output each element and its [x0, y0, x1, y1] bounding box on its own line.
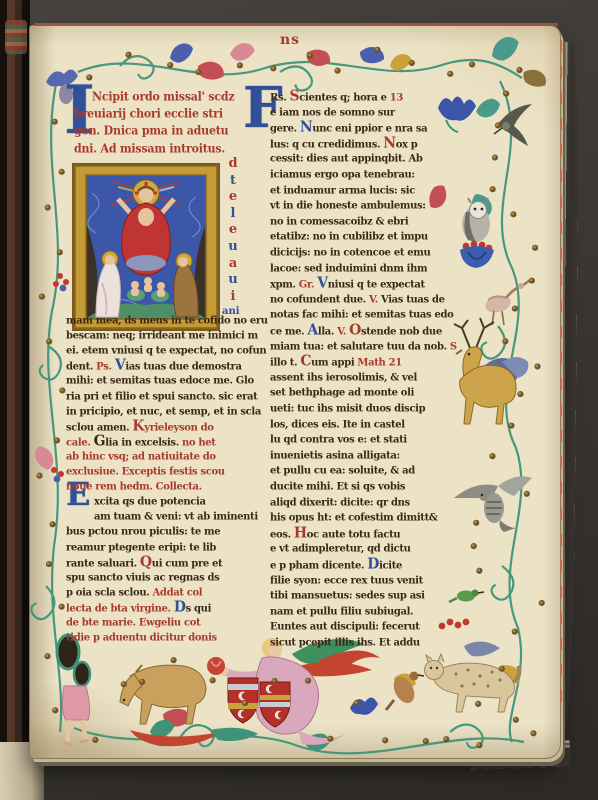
vertical-letter: u	[224, 272, 242, 289]
text-line: tidie p aduentu dicitur donis	[66, 631, 217, 645]
vertical-letter: a	[224, 256, 242, 273]
text-line: dni. Ad missam introitus.	[74, 142, 225, 156]
lynx-icon	[425, 654, 520, 712]
text-line: mihi: et semitas tuas edoce me. Glo	[66, 374, 254, 388]
text-line: lecta de bta virgine. Ds qui	[66, 601, 211, 616]
pod-figure-legs	[57, 635, 90, 745]
text-line: nam et pullu filiu subiugal.	[270, 605, 413, 619]
miniature-initial-a-last-judgment	[72, 163, 220, 331]
vertical-letter: e	[224, 222, 242, 239]
text-line: exclusiue. Exceptis festis scou	[66, 465, 225, 479]
text-line: no in comessacoibz & ebri	[270, 215, 408, 229]
text-line: ab hinc vsq; ad natiuitate do	[66, 450, 216, 464]
vertical-letter: i	[224, 289, 242, 306]
text-line: bus pctou nrou piculis: te me	[66, 525, 220, 539]
text-line: reamur ptegente eripi: te lib	[66, 541, 216, 555]
text-line: lacoe: sed induimini dnm ihm	[270, 262, 427, 276]
text-line: e p pham dicente. Dicite	[270, 558, 402, 573]
text-line: mam mea, ds meus in te cofido no eru	[66, 314, 268, 328]
text-line: miam tua: et salutare tuu da nob. S	[270, 340, 457, 354]
text-line: p oia scla sclou. Addat col	[66, 586, 202, 600]
text-line: eos. Hoc aute totu factu	[270, 527, 400, 542]
folio-mark: ns	[280, 32, 300, 48]
text-line: notas fac mihi: et semitas tuas edo	[270, 308, 453, 322]
text-line: assent ihs ierosolimis, & vel	[270, 371, 417, 385]
text-line: dicicijs: no in cotencoe et emu	[270, 246, 430, 260]
vertical-letter: u	[224, 239, 242, 256]
text-line: lu qd contra vos e: et stati	[270, 433, 407, 447]
book-spine	[0, 0, 30, 800]
text-line: spu sancto viuis ac regnas ds	[66, 571, 219, 585]
text-line: ueti: tuc ihs misit duos discip	[270, 402, 425, 416]
text-line: inuenietis asina alligata:	[270, 449, 400, 463]
text-line: gon. Dnica pma in aduetu	[74, 124, 228, 138]
text-line: lus: q cu credidimus. Nox p	[270, 137, 417, 152]
text-line: Ncipit ordo missal' scdz	[92, 90, 234, 104]
parchment-page: ns	[30, 26, 560, 758]
berry-spray	[439, 619, 500, 657]
text-line: iciamus ergo opa tenebrau:	[270, 168, 415, 182]
text-line: aliqd dixerit: dicite: qr dns	[270, 496, 410, 510]
text-line: ce me. Alla. V. Ostende nob due	[270, 324, 442, 339]
text-line: illo t. Cum appi Math 21	[270, 355, 402, 370]
manuscript-photo: ns	[0, 0, 598, 800]
vertical-letter: t	[224, 173, 242, 190]
text-line: in pricipio, et nuc, et semp, et in scla	[66, 405, 261, 419]
text-line: breuiarij chori ecclie stri	[74, 107, 223, 121]
vertical-letter: l	[224, 206, 242, 223]
text-line: filie syon: ecce rex tuus venit	[270, 574, 423, 588]
text-line: ria pri et filio et spui sancto. sic era…	[66, 390, 257, 404]
vertical-letter: e	[224, 189, 242, 206]
text-line: etatibz: no in cubilibz et impu	[270, 230, 428, 244]
text-line: vt in die honeste ambulemus:	[270, 199, 426, 213]
text-line: los, dices eis. Ite in castel	[270, 418, 405, 432]
blue-flower-bottom	[350, 697, 378, 714]
heron-icon	[483, 280, 530, 325]
text-line: tibi mansuetus: sedes sup asi	[270, 589, 425, 603]
text-line: cessit: dies aut appinqbit. Ab	[270, 152, 423, 166]
heraldic-shield-left	[228, 678, 258, 723]
text-line: de bte marie. Ewgeliu cot	[66, 616, 200, 630]
text-line: bescam: neq; irrideant me inimici m	[66, 329, 258, 343]
text-line: noue rem hedm. Collecta.	[66, 480, 202, 494]
text-line: gere. Nunc eni ppior e nra sa	[270, 121, 427, 136]
introit-vertical-letters: dteleuaui	[224, 156, 242, 305]
text-line: xcita qs due potencia	[94, 495, 206, 509]
text-line: sclou amen. Kyrieleyson do	[66, 420, 214, 435]
songbird-icon	[449, 590, 484, 603]
berry-flower	[460, 241, 494, 268]
text-line: et induamur arma lucis: sic	[270, 184, 415, 198]
text-line: xpm. Gr. Vniusi q te expectat	[270, 277, 425, 292]
text-line: his opus ht: et cofestim dimitt&	[270, 511, 438, 525]
columbine	[438, 96, 476, 132]
text-line: ei. etem vniusi q te expectat, no cofun	[66, 344, 266, 358]
endband	[5, 20, 27, 54]
text-line: e iam nos de somno sur	[270, 106, 395, 120]
text-line: rante saluari. Qui cum pre et	[66, 556, 222, 571]
text-line: ducite mihi. Et si qs vobis	[270, 480, 405, 494]
text-line: Rs. Scientes q; hora e 13	[270, 90, 403, 105]
text-line: sicut pcepit illis ihs. Et addu	[270, 636, 420, 650]
text-line: Euntes aut discipuli: fecerut	[270, 620, 420, 634]
text-line: set bethphage ad monte oli	[270, 386, 414, 400]
text-line: no cofundent due. V. Vias tuas de	[270, 293, 445, 307]
text-line: et pullu cu ea: soluite, & ad	[270, 464, 415, 478]
text-line: cale. Glia in excelsis. no het	[66, 435, 216, 450]
text-line: dent. Ps. Vias tuas due demostra	[66, 359, 242, 374]
text-line: am tuam & veni: vt ab iminenti	[94, 510, 258, 524]
vertical-letter: d	[224, 156, 242, 173]
stag-icon	[454, 318, 528, 424]
text-line: e vt adimpleretur, qd dictu	[270, 542, 411, 556]
